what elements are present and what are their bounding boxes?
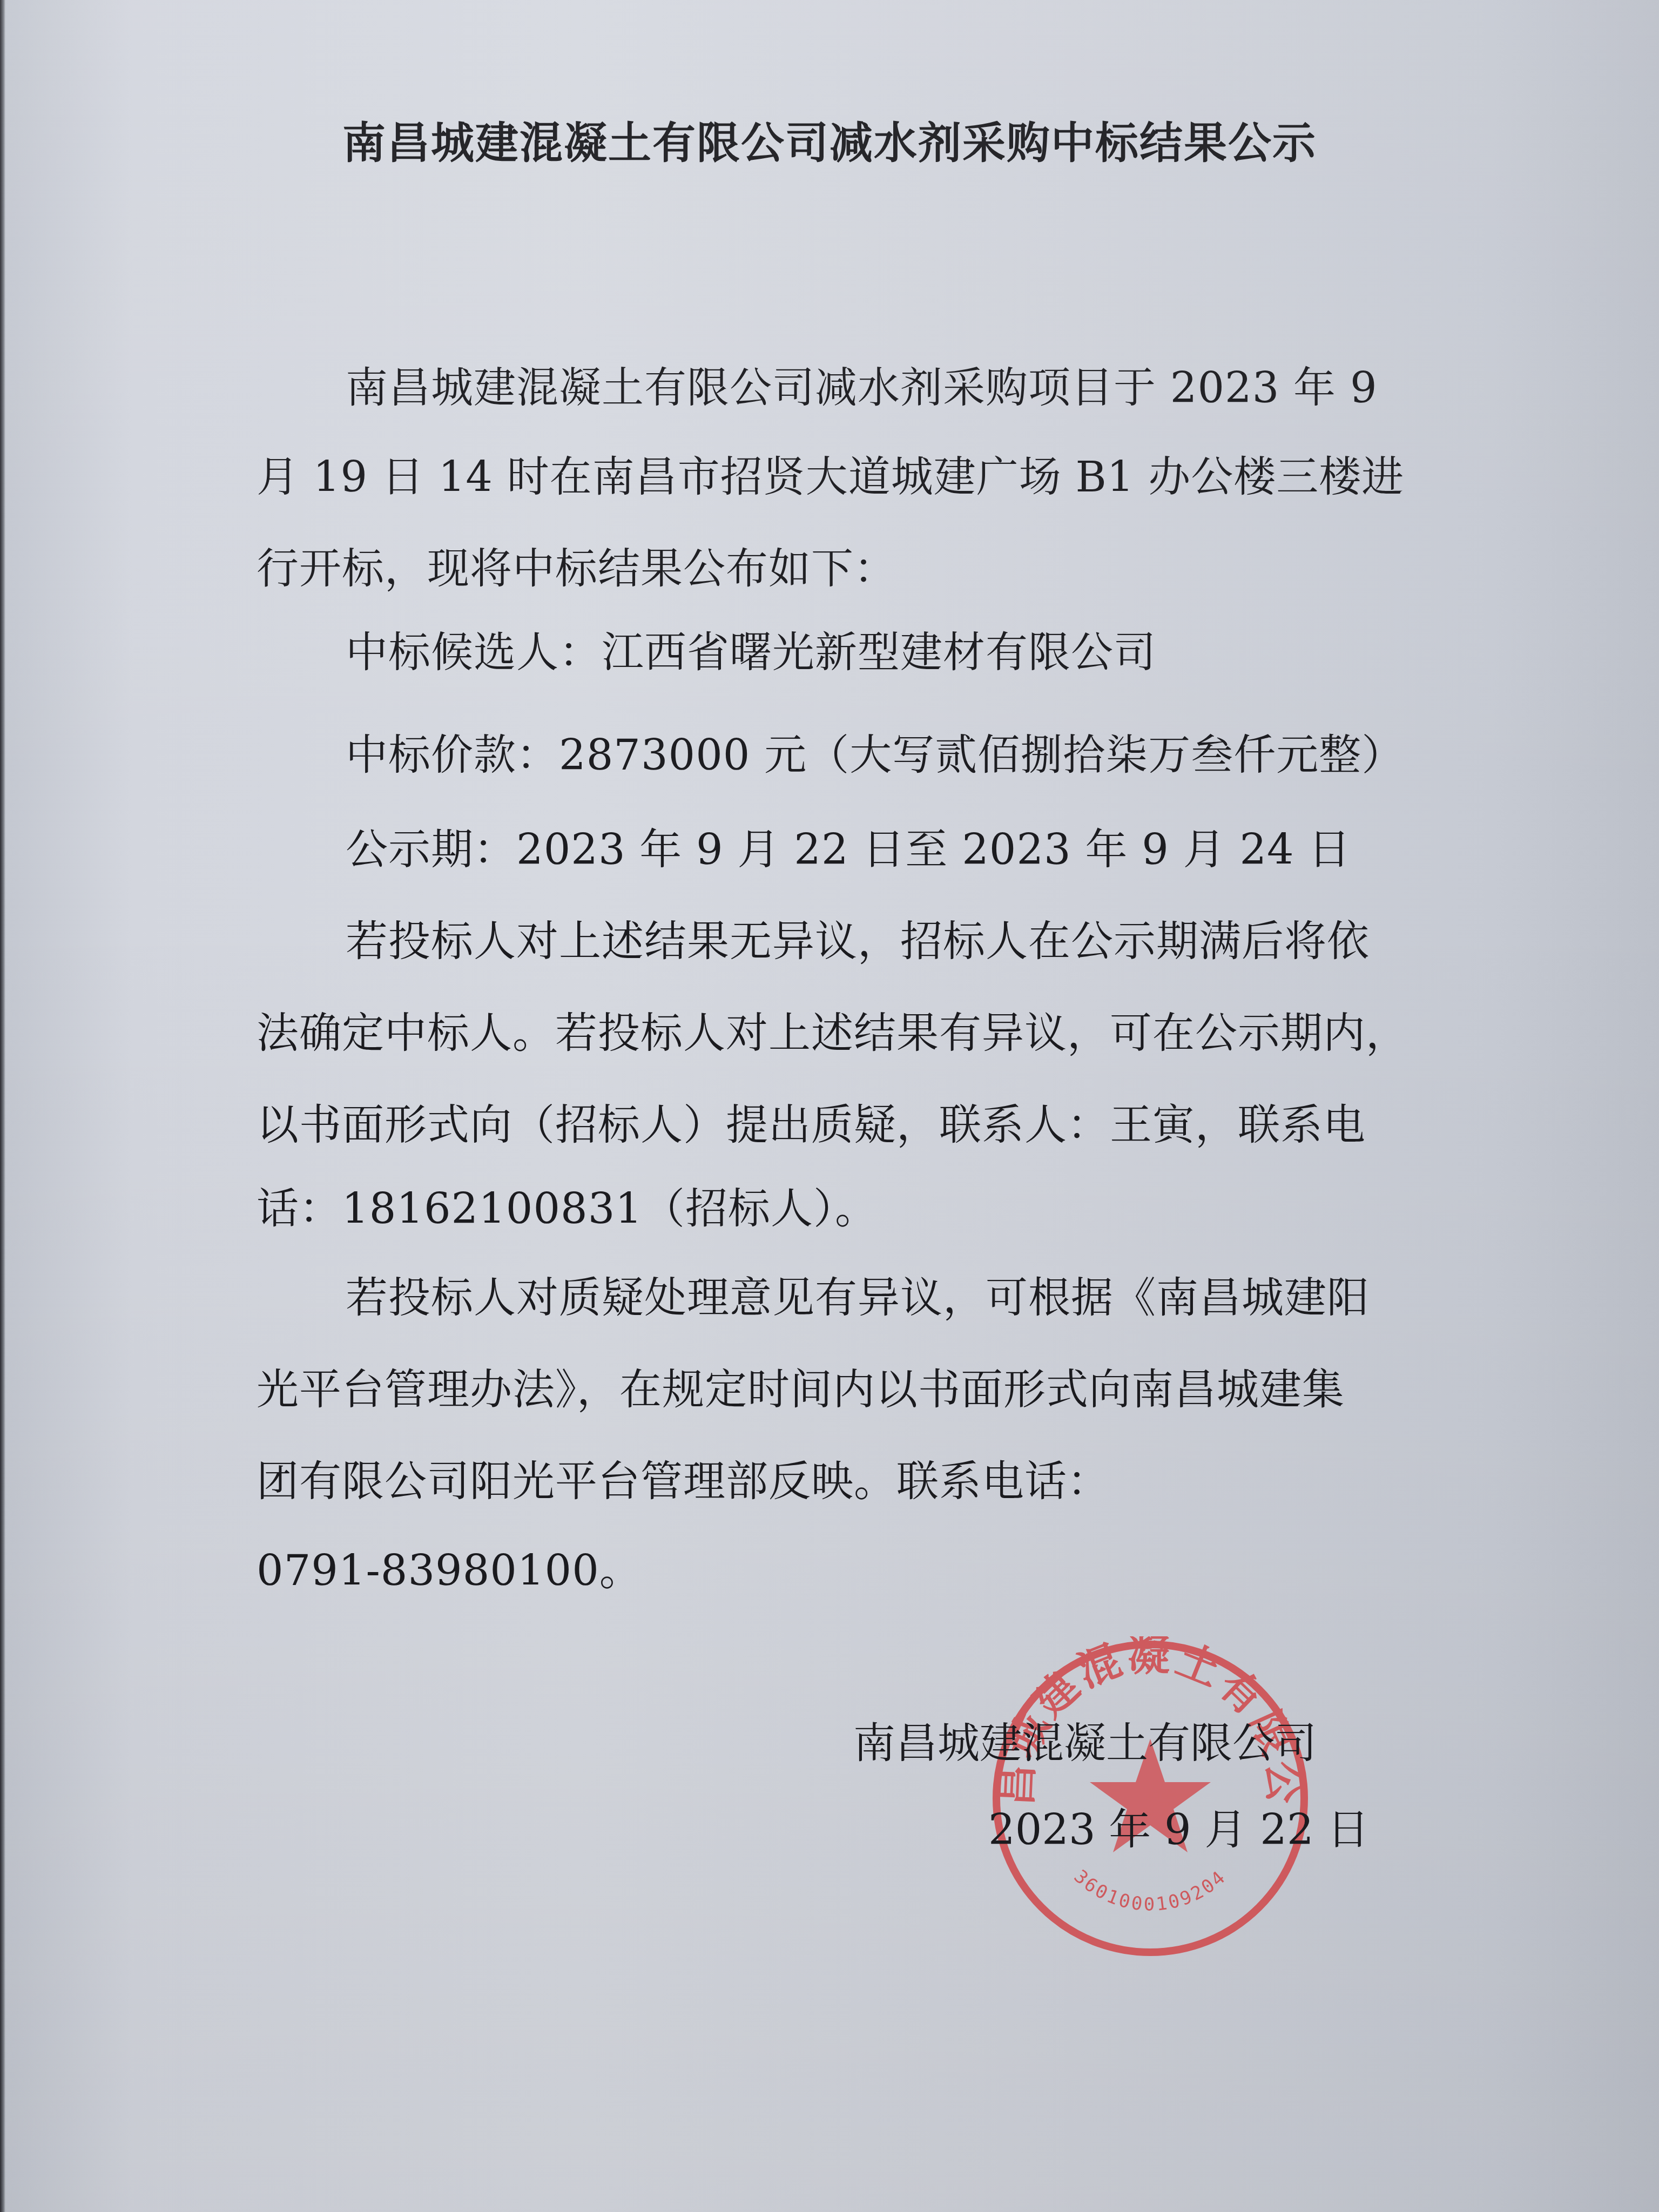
intro-line-1: 南昌城建混凝土有限公司减水剂采购项目于 2023 年 9	[346, 367, 1378, 409]
appeal-line-2: 光平台管理办法》，在规定时间内以书面形式向南昌城建集	[257, 1369, 1345, 1411]
objection-line-1: 若投标人对上述结果无异议，招标人在公示期满后将依	[346, 921, 1370, 963]
company-seal-stamp: 南昌城建混凝土有限公司 3601000109204	[988, 1636, 1312, 1960]
appeal-line-1: 若投标人对质疑处理意见有异议，可根据《南昌城建阳	[346, 1277, 1370, 1319]
appeal-line-4: 0791-83980100。	[257, 1550, 642, 1592]
signature-date: 2023 年 9 月 22 日	[988, 1809, 1369, 1851]
appeal-line-3: 团有限公司阳光平台管理部反映。联系电话：	[257, 1461, 1110, 1503]
winning-price: 中标价款：2873000 元（大写贰佰捌拾柒万叁仟元整）	[346, 734, 1404, 777]
document-title: 南昌城建混凝土有限公司减水剂采购中标结果公示	[0, 108, 1659, 170]
objection-line-3: 以书面形式向（招标人）提出质疑，联系人：王寅，联系电	[257, 1104, 1366, 1147]
intro-line-3: 行开标，现将中标结果公布如下：	[257, 548, 896, 590]
publicity-period: 公示期：2023 年 9 月 22 日至 2023 年 9 月 24 日	[346, 829, 1351, 871]
winning-candidate: 中标候选人：江西省曙光新型建材有限公司	[346, 632, 1156, 674]
intro-line-2: 月 19 日 14 时在南昌市招贤大道城建广场 B1 办公楼三楼进	[257, 456, 1404, 498]
objection-line-2: 法确定中标人。若投标人对上述结果有异议，可在公示期内，	[257, 1013, 1408, 1055]
signature-company: 南昌城建混凝土有限公司	[853, 1723, 1317, 1765]
objection-line-4: 话：18162100831（招标人）。	[257, 1188, 878, 1230]
stamp-serial-number: 3601000109204	[1070, 1866, 1231, 1916]
page-edge-shadow	[0, 0, 5, 2212]
